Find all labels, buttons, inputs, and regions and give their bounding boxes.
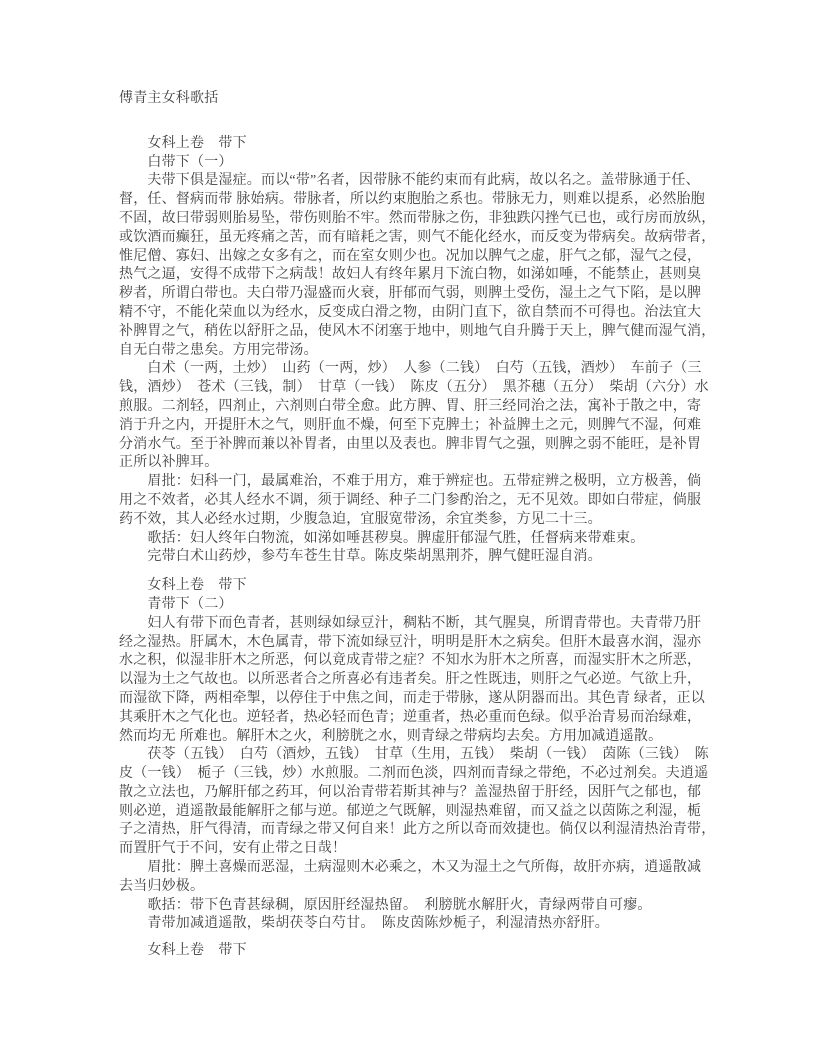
document-content: 傅青主女科歌括 女科上卷 带下 白带下（一） 夫带下俱是湿症。而以“带”名者，因…	[119, 90, 759, 961]
volume-header: 女科上卷 带下	[119, 577, 759, 596]
text-line: 热气之逼，安得不成带下之病哉！故妇人有终年累月下流白物，如涕如唾，不能禁止，甚则…	[119, 266, 759, 285]
text-line: 药不效，其人必经水过期，少腹急迫，宜服宽带汤，余宜类参，方见二十三。	[119, 511, 759, 530]
book-title: 傅青主女科歌括	[119, 90, 759, 109]
section-body: 夫带下俱是湿症。而以“带”名者，因带脉不能约束而有此病，故以名之。盖带脉通于任、…	[119, 172, 759, 567]
text-line: 用之不效者，必其人经水不调，须于调经、种子二门参酌治之，无不见效。即如白带症，倘…	[119, 492, 759, 511]
volume-header: 女科上卷 带下	[119, 135, 759, 154]
text-line: 其乘肝木之气化也。逆轻者，热必轻而色青；逆重者，热必重而色绿。似乎治青易而治绿难…	[119, 709, 759, 728]
section-next-header: 女科上卷 带下	[119, 942, 759, 961]
text-line: 补脾胃之气，稍佐以舒肝之品，使风木不闭塞于地中，则地气自升腾于天上，脾气健而湿气…	[119, 323, 759, 342]
text-line: 惟尼僧、寡妇、出嫁之女多有之，而在室女则少也。况加以脾气之虚，肝气之郁，湿气之侵…	[119, 248, 759, 267]
text-line: 而湿欲下降，两相牵掣，以停住于中焦之间，而走于带脉，遂从阴器而出。其色青 绿者，…	[119, 690, 759, 709]
text-line: 完带白术山药炒，参芍车苍生甘草。陈皮柴胡黑荆芥，脾气健旺湿自消。	[119, 548, 759, 567]
text-line: 去当归妙极。	[119, 878, 759, 897]
text-line: 则必逆，逍遥散最能解肝之郁与逆。郁逆之气既解，则湿热难留，而又益之以茵陈之利湿，…	[119, 803, 759, 822]
text-line: 不固，故曰带弱则胎易坠，带伤则胎不牢。然而带脉之伤，非独跌闪挫气已也，或行房而放…	[119, 210, 759, 229]
text-line: 正所以补脾耳。	[119, 454, 759, 473]
text-line: 妇人有带下而色青者，甚则绿如绿豆汁，稠粘不断，其气腥臭，所谓青带也。夫青带乃肝	[119, 615, 759, 634]
text-line: 白术（一两，土炒） 山药（一两，炒） 人参（二钱） 白芍（五钱，酒炒） 车前子（…	[119, 360, 759, 379]
section-white-discharge: 女科上卷 带下 白带下（一） 夫带下俱是湿症。而以“带”名者，因带脉不能约束而有…	[119, 135, 759, 567]
text-line: 青带加减逍遥散，柴胡茯苓白芍甘。 陈皮茵陈炒栀子，利湿清热亦舒肝。	[119, 915, 759, 934]
text-line: 消于升之内，开提肝木之气，则肝血不燥，何至下克脾土；补益脾土之元，则脾气不湿，何…	[119, 417, 759, 436]
text-line: 夫带下俱是湿症。而以“带”名者，因带脉不能约束而有此病，故以名之。盖带脉通于任、	[119, 172, 759, 191]
text-line: 歌括：妇人终年白物流，如涕如唾甚秽臭。脾虚肝郁湿气胜，任督病来带难束。	[119, 530, 759, 549]
text-line: 而置肝气于不问，安有止带之日哉！	[119, 840, 759, 859]
text-line: 茯苓（五钱） 白芍（酒炒，五钱） 甘草（生用，五钱） 柴胡（一钱） 茵陈（三钱）…	[119, 746, 759, 765]
text-line: 秽者，所谓白带也。夫白带乃湿盛而火衰，肝郁而气弱，则脾土受伤，湿土之气下陷，是以…	[119, 285, 759, 304]
text-line: 眉批：脾土喜燥而恶湿，土病湿则木必乘之，木又为湿土之气所侮，故肝亦病，逍遥散减	[119, 859, 759, 878]
section-green-discharge: 女科上卷 带下 青带下（二） 妇人有带下而色青者，甚则绿如绿豆汁，稠粘不断，其气…	[119, 577, 759, 934]
text-line: 眉批：妇科一门，最属难治，不难于用方，难于辨症也。五带症辨之极明，立方极善，倘	[119, 473, 759, 492]
text-line: 煎服。二剂轻，四剂止，六剂则白带全愈。此方脾、胃、肝三经同治之法，寓补于散之中，…	[119, 398, 759, 417]
document-page: 傅青主女科歌括 女科上卷 带下 白带下（一） 夫带下俱是湿症。而以“带”名者，因…	[0, 0, 816, 1056]
section-body: 妇人有带下而色青者，甚则绿如绿豆汁，稠粘不断，其气腥臭，所谓青带也。夫青带乃肝经…	[119, 615, 759, 935]
text-line: 分消水气。至于补脾而兼以补胃者，由里以及表也。脾非胃气之强，则脾之弱不能旺，是补…	[119, 436, 759, 455]
chapter-title: 白带下（一）	[119, 154, 759, 173]
chapter-title: 青带下（二）	[119, 596, 759, 615]
text-line: 水之积，似湿非肝木之所恶，何以竟成青带之症？不知水为肝木之所喜，而湿实肝木之所恶…	[119, 652, 759, 671]
volume-header: 女科上卷 带下	[119, 942, 759, 961]
text-line: 督，任、督病而带 脉始病。带脉者，所以约束胞胎之系也。带脉无力，则难以提系，必然…	[119, 191, 759, 210]
text-line: 钱，酒炒） 苍术（三钱，制） 甘草（一钱） 陈皮（五分） 黑芥穗（五分） 柴胡（…	[119, 379, 759, 398]
text-line: 歌括：带下色青甚绿稠，原因肝经湿热留。 利膀胱水解肝火，青绿两带自可瘳。	[119, 897, 759, 916]
text-line: 皮（一钱） 栀子（三钱，炒）水煎服。二剂而色淡，四剂而青绿之带绝，不必过剂矣。夫…	[119, 765, 759, 784]
text-line: 以湿为土之气故也。以所恶者合之所喜必有违者矣。肝之性既违，则肝之气必逆。气欲上升…	[119, 671, 759, 690]
text-line: 经之湿热。肝属木，木色属青，带下流如绿豆汁，明明是肝木之病矣。但肝木最喜水润，湿…	[119, 634, 759, 653]
text-line: 或饮酒而癫狂，虽无疼痛之苦，而有暗耗之害，则气不能化经水，而反变为带病矣。故病带…	[119, 229, 759, 248]
text-line: 散之立法也，乃解肝郁之药耳，何以治青带若斯其神与？盖湿热留于肝经，因肝气之郁也，…	[119, 784, 759, 803]
text-line: 精不守，不能化荣血以为经水，反变成白滑之物，由阴门直下，欲自禁而不可得也。治法宜…	[119, 304, 759, 323]
text-line: 子之清热，肝气得清，而青绿之带又何自来！此方之所以奇而效捷也。倘仅以利湿清热治青…	[119, 821, 759, 840]
text-line: 然而均无 所难也。解肝木之火，利膀胱之水，则青绿之带病均去矣。方用加减逍遥散。	[119, 728, 759, 747]
text-line: 自无白带之患矣。方用完带汤。	[119, 342, 759, 361]
